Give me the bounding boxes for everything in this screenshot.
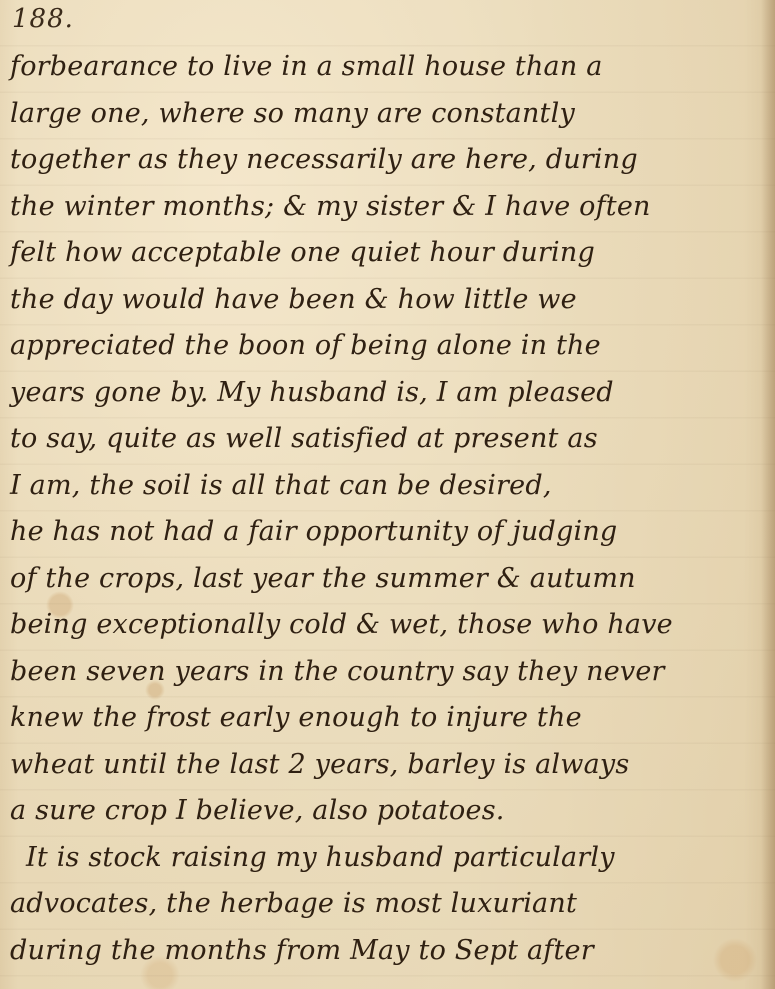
text-line-9: to say, quite as well satisfied at prese… xyxy=(10,416,757,463)
text-line-14: been seven years in the country say they… xyxy=(10,649,757,696)
page-number: 188. xyxy=(12,4,74,34)
text-line-13: being exceptionally cold & wet, those wh… xyxy=(10,602,757,649)
text-line-16: wheat until the last 2 years, barley is … xyxy=(10,742,757,789)
text-line-3: together as they necessarily are here, d… xyxy=(10,137,757,184)
text-line-15: knew the frost early enough to injure th… xyxy=(10,695,757,742)
text-line-11: he has not had a fair opportunity of jud… xyxy=(10,509,757,556)
text-line-8: years gone by. My husband is, I am pleas… xyxy=(10,370,757,417)
text-line-18-paragraph-start: It is stock raising my husband particula… xyxy=(10,835,757,882)
text-line-6: the day would have been & how little we xyxy=(10,277,757,324)
handwritten-text-body: forbearance to live in a small house tha… xyxy=(10,44,757,974)
text-line-20: during the months from May to Sept after xyxy=(10,928,757,975)
manuscript-page: 188. forbearance to live in a small hous… xyxy=(0,0,775,989)
text-line-4: the winter months; & my sister & I have … xyxy=(10,184,757,231)
text-line-5: felt how acceptable one quiet hour durin… xyxy=(10,230,757,277)
text-line-19: advocates, the herbage is most luxuriant xyxy=(10,881,757,928)
text-line-17: a sure crop I believe, also potatoes. xyxy=(10,788,757,835)
text-line-2: large one, where so many are constantly xyxy=(10,91,757,138)
text-line-12: of the crops, last year the summer & aut… xyxy=(10,556,757,603)
text-line-7: appreciated the boon of being alone in t… xyxy=(10,323,757,370)
text-line-10: I am, the soil is all that can be desire… xyxy=(10,463,757,510)
text-line-1: forbearance to live in a small house tha… xyxy=(10,44,757,91)
